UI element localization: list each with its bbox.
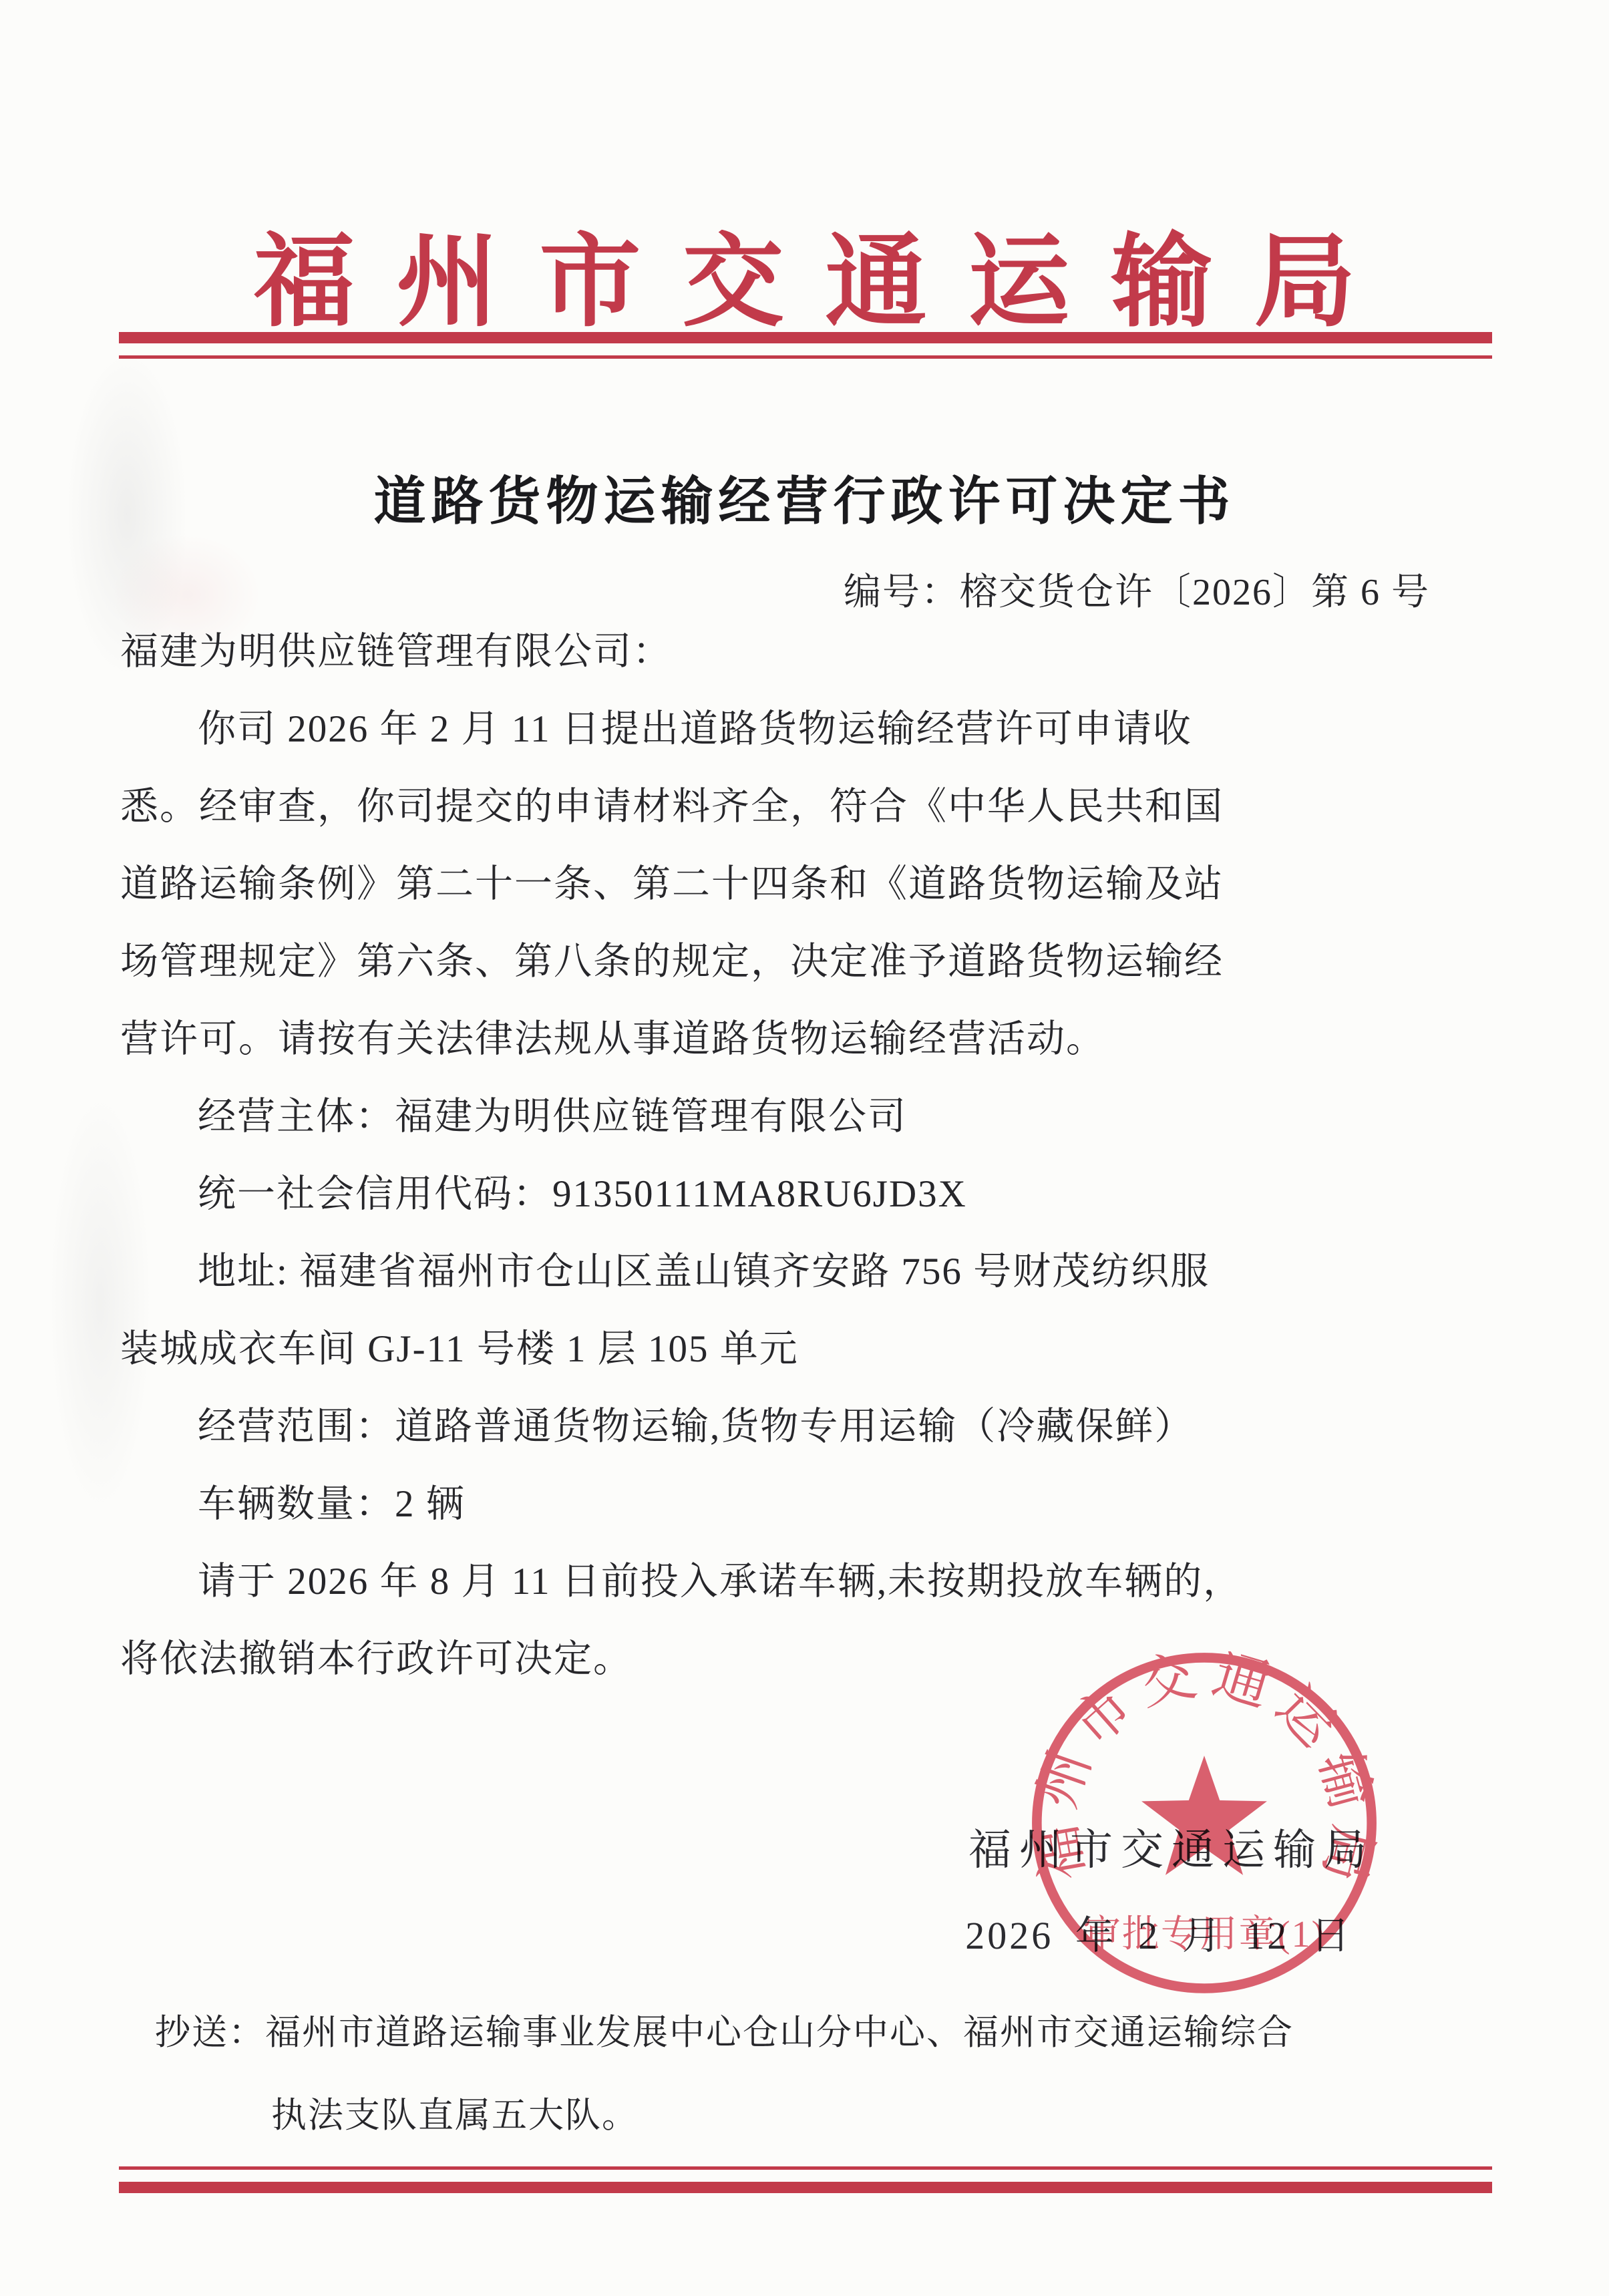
cc-line: 执法支队直属五大队。 bbox=[271, 2087, 639, 2138]
header-rule-thick bbox=[119, 332, 1492, 343]
body-line-vehicles: 车辆数量：2 辆 bbox=[120, 1466, 1492, 1543]
body-line: 你司 2026 年 2 月 11 日提出道路货物运输经营许可申请收 bbox=[120, 691, 1492, 768]
body-line-subject: 经营主体：福建为明供应链管理有限公司 bbox=[120, 1078, 1492, 1156]
body-text: 福建为明供应链管理有限公司： 你司 2026 年 2 月 11 日提出道路货物运… bbox=[120, 613, 1492, 1698]
document-page: 福州市交通运输局 道路货物运输经营行政许可决定书 编号：榕交货仓许〔2026〕第… bbox=[0, 0, 1609, 2296]
document-title: 道路货物运输经营行政许可决定书 bbox=[0, 460, 1609, 534]
body-line-credit-code: 统一社会信用代码：91350111MA8RU6JD3X bbox=[120, 1156, 1492, 1233]
seal-bottom-text: 审批专用章(1) bbox=[1083, 1914, 1326, 1955]
body-line: 道路运输条例》第二十一条、第二十四条和《道路货物运输及站 bbox=[120, 846, 1492, 923]
body-line-address: 装城成衣车间 GJ-11 号楼 1 层 105 单元 bbox=[120, 1311, 1492, 1388]
document-number: 编号：榕交货仓许〔2026〕第 6 号 bbox=[844, 562, 1430, 616]
body-line-scope: 经营范围：道路普通货物运输,货物专用运输（冷藏保鲜） bbox=[120, 1388, 1492, 1466]
star-icon bbox=[1141, 1756, 1267, 1875]
body-line-address: 地址: 福建省福州市仓山区盖山镇齐安路 756 号财茂纺织服 bbox=[120, 1233, 1492, 1311]
body-line: 场管理规定》第六条、第八条的规定，决定准予道路货物运输经 bbox=[120, 923, 1492, 1001]
body-line: 悉。经审查，你司提交的申请材料齐全，符合《中华人民共和国 bbox=[120, 768, 1492, 846]
letterhead-title: 福州市交通运输局 bbox=[0, 200, 1609, 346]
official-seal: 福州市交通运输局 审批专用章(1) bbox=[1031, 1651, 1378, 1995]
footer-rule-thin bbox=[119, 2166, 1492, 2170]
header-rule-thin bbox=[119, 355, 1492, 359]
footer-rule-thick bbox=[119, 2182, 1492, 2193]
body-line: 营许可。请按有关法律法规从事道路货物运输经营活动。 bbox=[120, 1001, 1492, 1078]
body-line-addressee: 福建为明供应链管理有限公司： bbox=[120, 613, 1492, 691]
body-line: 请于 2026 年 8 月 11 日前投入承诺车辆,未按期投放车辆的， bbox=[120, 1543, 1492, 1621]
cc-line: 抄送：福州市道路运输事业发展中心仓山分中心、福州市交通运输综合 bbox=[155, 2004, 1294, 2055]
